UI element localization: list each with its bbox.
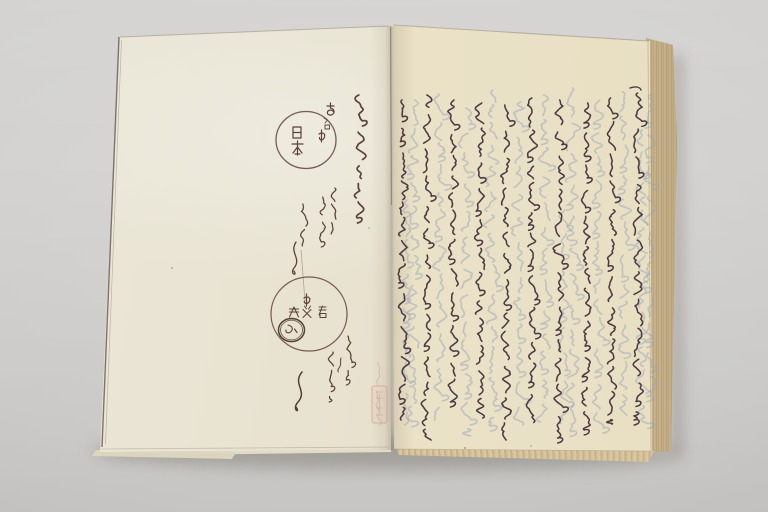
left-page-edge-line-2	[106, 40, 122, 444]
manuscript-photo	[0, 0, 768, 512]
diagram-connector-line	[301, 250, 305, 301]
handwriting-strokes	[484, 90, 503, 431]
bleed-column	[459, 108, 477, 436]
handwriting-strokes	[636, 130, 654, 429]
handwriting-strokes	[553, 100, 568, 443]
bleed-column	[591, 100, 609, 433]
text-column-8	[448, 100, 460, 407]
right-page-bottom-edge	[394, 449, 651, 451]
bottom-note-column-1	[346, 336, 355, 385]
small-gaikoku-label	[324, 118, 330, 129]
left-page-bottom-edge	[101, 447, 390, 449]
kanji-otto-glyph	[290, 307, 299, 317]
speck	[530, 445, 532, 447]
handwriting-strokes	[591, 100, 609, 433]
bleed-column	[619, 92, 635, 415]
column-start-mark	[630, 87, 641, 90]
upper-circle-diagram	[276, 103, 336, 169]
handwriting-strokes	[633, 93, 647, 425]
bleed-column	[636, 130, 654, 429]
handwriting-strokes	[475, 103, 486, 418]
middle-note-column-1	[331, 188, 336, 234]
handwriting-strokes	[354, 95, 367, 223]
kanji-chichi-glyph	[303, 306, 311, 318]
handwriting-strokes	[501, 105, 515, 440]
handwriting-strokes	[607, 98, 621, 424]
handwriting-strokes	[459, 108, 477, 436]
middle-note-flourish	[292, 242, 296, 274]
bottom-note-column-3	[338, 358, 341, 372]
left-page-edge-line	[102, 37, 119, 447]
bottom-note-column-2	[328, 352, 334, 402]
handwriting-strokes	[448, 100, 460, 407]
handwriting-strokes	[526, 98, 540, 423]
kanji-kimi-glyph	[319, 306, 326, 318]
bottom-note-flourish	[295, 372, 302, 411]
kanji-nippon-glyph	[292, 127, 303, 155]
handwriting-overlay	[0, 0, 768, 512]
handwriting-strokes	[403, 200, 416, 425]
text-column-2	[607, 98, 621, 424]
text-column-5	[526, 98, 540, 423]
handwriting-strokes	[301, 204, 308, 246]
paper-specks	[171, 227, 532, 449]
bleed-column	[565, 88, 584, 436]
handwriting-strokes	[565, 88, 584, 436]
middle-note-column-2	[320, 197, 326, 247]
right-page-top-edge	[393, 25, 649, 41]
speck	[368, 227, 370, 229]
middle-note-column-3	[301, 204, 308, 246]
bleed-column	[484, 90, 503, 431]
gutter-fold-line	[391, 27, 392, 205]
kana-wa-glyph	[319, 130, 325, 142]
handwriting-strokes	[320, 197, 326, 247]
handwriting-strokes	[537, 95, 556, 422]
handwriting-strokes	[328, 352, 334, 402]
red-seal-stamp	[372, 386, 387, 423]
left-page-top-edge	[120, 26, 389, 37]
handwriting-strokes	[619, 92, 635, 415]
heading-column	[354, 95, 367, 223]
speck	[464, 447, 466, 449]
kanji-nichi-strokes	[293, 127, 301, 138]
bleed-column	[511, 102, 530, 425]
lower-circle-diagram	[271, 277, 347, 351]
text-column-1	[633, 93, 647, 425]
handwriting-strokes	[338, 358, 341, 372]
handwriting-strokes	[346, 336, 355, 385]
lower-circle	[271, 277, 347, 351]
speck	[171, 267, 173, 269]
text-column-7	[475, 103, 486, 418]
text-column-6	[501, 105, 515, 440]
handwriting-strokes	[511, 102, 530, 425]
handwriting-strokes	[331, 188, 336, 234]
text-column-4	[553, 100, 568, 443]
bleed-through-text	[403, 88, 659, 436]
bleed-column	[403, 200, 416, 425]
kana-a-glyph	[327, 103, 334, 115]
kanji-hon-strokes	[292, 141, 303, 155]
inner-circle-glyph	[286, 325, 297, 333]
bleed-column	[537, 95, 556, 422]
